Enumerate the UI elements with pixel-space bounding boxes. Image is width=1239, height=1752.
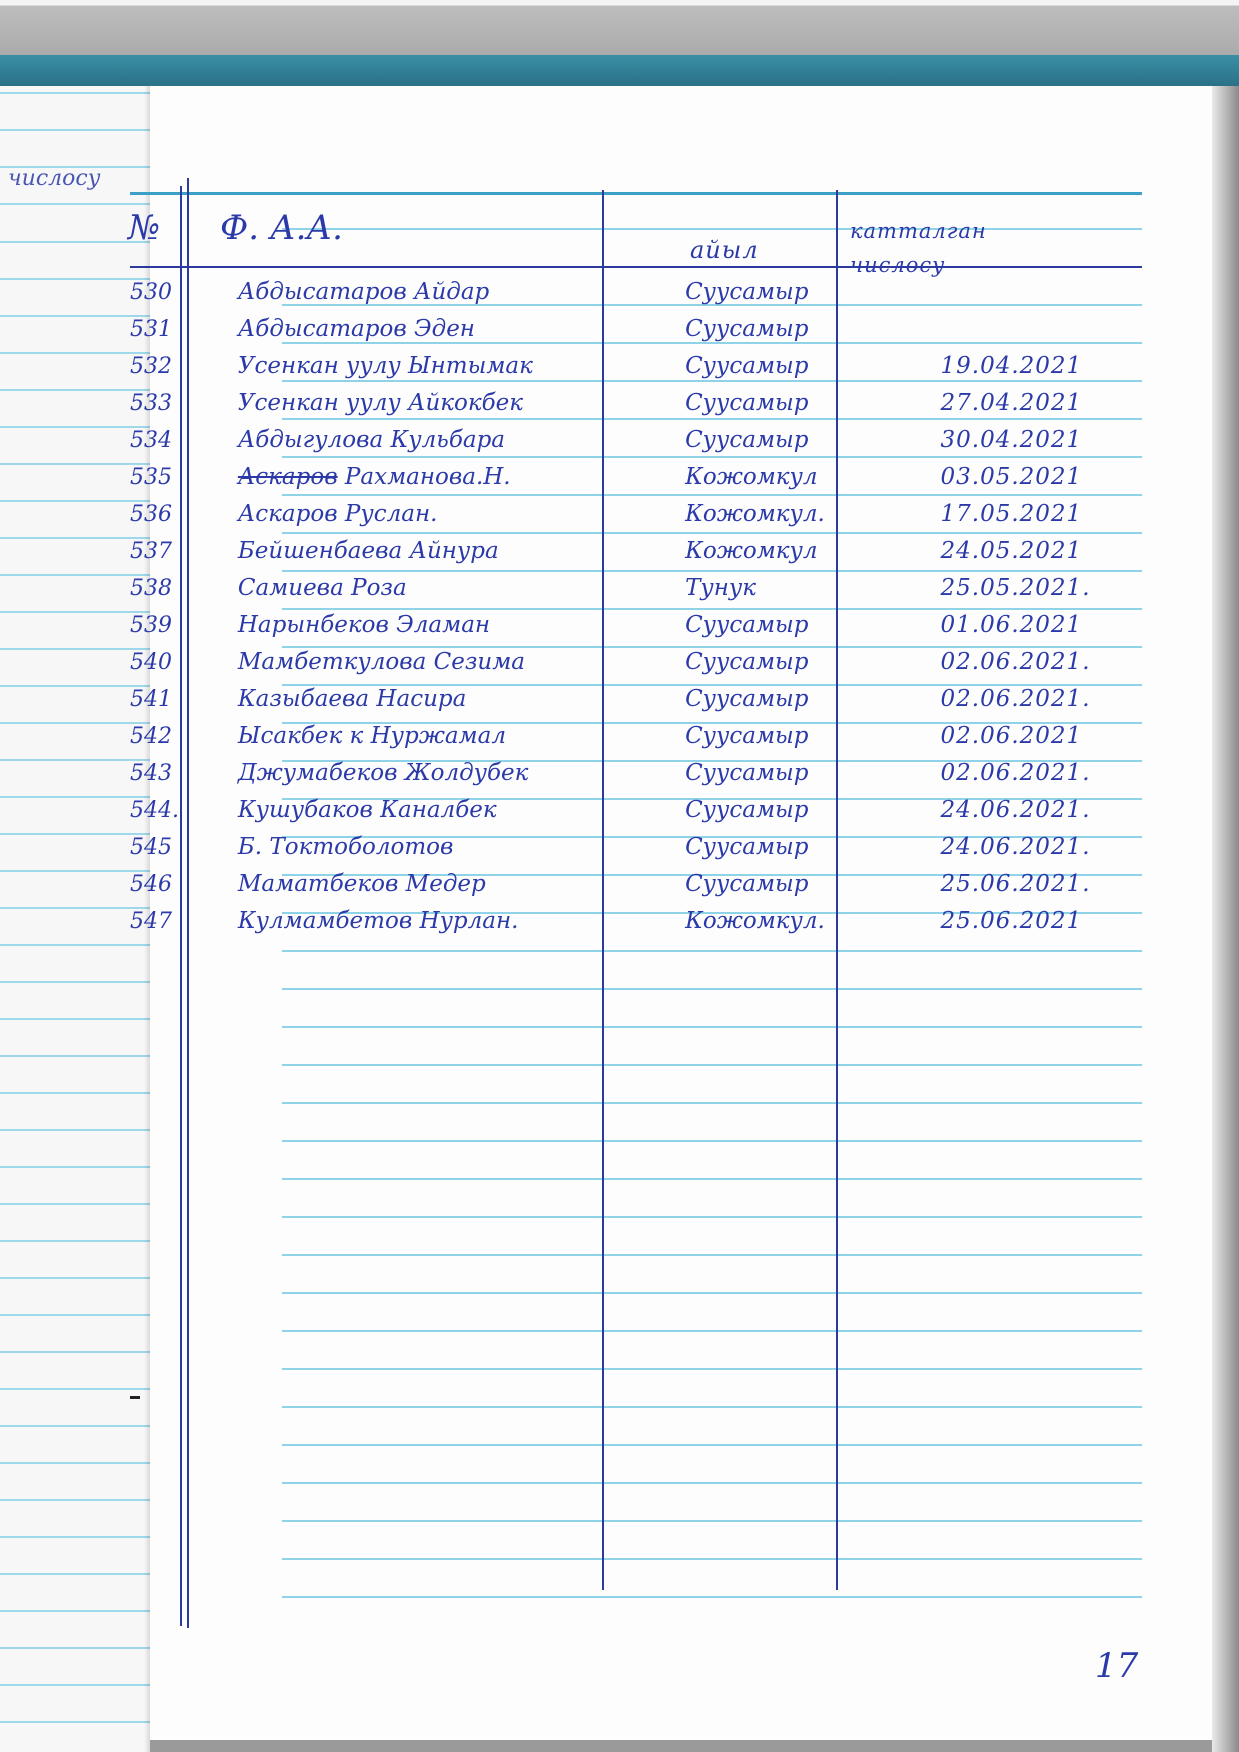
table-row: 541Казыбаева НасираСуусамыр02.06.2021. bbox=[128, 675, 1190, 712]
row-date: 25.06.2021. bbox=[935, 860, 1191, 897]
register-table: 530Абдысатаров АйдарСуусамыр531Абдысатар… bbox=[128, 268, 1190, 934]
row-village: Суусамыр bbox=[685, 601, 934, 638]
left-page-header-text: числосу bbox=[8, 166, 101, 191]
row-number: 531 bbox=[128, 305, 202, 342]
row-full-name: Джумабеков Жолдубек bbox=[202, 749, 685, 786]
row-date: 30.04.2021 bbox=[935, 416, 1191, 453]
row-village: Суусамыр bbox=[685, 712, 934, 749]
row-date: 02.06.2021 bbox=[935, 712, 1191, 749]
row-date: 01.06.2021 bbox=[935, 601, 1191, 638]
row-date: 02.06.2021. bbox=[935, 638, 1191, 675]
header-number: № bbox=[128, 208, 160, 248]
table-row: 544.Кушубаков КаналбекСуусамыр24.06.2021… bbox=[128, 786, 1190, 823]
row-number: 542 bbox=[128, 712, 202, 749]
row-village: Суусамыр bbox=[685, 749, 934, 786]
row-number: 541 bbox=[128, 675, 202, 712]
row-full-name: Аскаров Рахманова.Н. bbox=[202, 453, 685, 490]
row-date: 25.06.2021 bbox=[935, 897, 1191, 934]
row-number: 530 bbox=[128, 268, 202, 305]
row-number: 540 bbox=[128, 638, 202, 675]
row-full-name: Абдыгулова Кульбара bbox=[202, 416, 685, 453]
row-date: 27.04.2021 bbox=[935, 379, 1191, 416]
row-village: Суусамыр bbox=[685, 786, 934, 823]
row-full-name: Усенкан уулу Айкокбек bbox=[202, 379, 685, 416]
row-village: Тунук bbox=[685, 564, 934, 601]
row-date: 24.06.2021. bbox=[935, 786, 1191, 823]
row-village: Суусамыр bbox=[685, 268, 934, 305]
page-edge bbox=[1212, 86, 1239, 1752]
table-row: 532Усенкан уулу ЫнтымакСуусамыр19.04.202… bbox=[128, 342, 1190, 379]
row-number: 532 bbox=[128, 342, 202, 379]
row-full-name: Бейшенбаева Айнура bbox=[202, 527, 685, 564]
row-date: 03.05.2021 bbox=[935, 453, 1191, 490]
row-village: Суусамыр bbox=[685, 823, 934, 860]
row-number: 539 bbox=[128, 601, 202, 638]
scan-background bbox=[0, 0, 1239, 60]
row-number: 546 bbox=[128, 860, 202, 897]
table-row: 538Самиева РозаТунук25.05.2021. bbox=[128, 564, 1190, 601]
row-number: 543 bbox=[128, 749, 202, 786]
table-row: 546Маматбеков МедерСуусамыр25.06.2021. bbox=[128, 860, 1190, 897]
row-number: 547 bbox=[128, 897, 202, 934]
row-date bbox=[935, 305, 1191, 342]
row-number: 538 bbox=[128, 564, 202, 601]
table-row: 543Джумабеков ЖолдубекСуусамыр02.06.2021… bbox=[128, 749, 1190, 786]
row-date: 24.05.2021 bbox=[935, 527, 1191, 564]
row-village: Суусамыр bbox=[685, 305, 934, 342]
row-number: 537 bbox=[128, 527, 202, 564]
row-village: Суусамыр bbox=[685, 860, 934, 897]
row-village: Суусамыр bbox=[685, 416, 934, 453]
row-number: 536 bbox=[128, 490, 202, 527]
row-date: 24.06.2021. bbox=[935, 823, 1191, 860]
row-date: 19.04.2021 bbox=[935, 342, 1191, 379]
table-row: 540Мамбеткулова СезимаСуусамыр02.06.2021… bbox=[128, 638, 1190, 675]
table-row: 537Бейшенбаева АйнураКожомкул24.05.2021 bbox=[128, 527, 1190, 564]
table-row: 533Усенкан уулу АйкокбекСуусамыр27.04.20… bbox=[128, 379, 1190, 416]
table-row: 535Аскаров Рахманова.Н.Кожомкул03.05.202… bbox=[128, 453, 1190, 490]
row-full-name: Аскаров Руслан. bbox=[202, 490, 685, 527]
row-full-name: Нарынбеков Эламан bbox=[202, 601, 685, 638]
row-village: Суусамыр bbox=[685, 342, 934, 379]
row-village: Суусамыр bbox=[685, 675, 934, 712]
table-row: 539Нарынбеков ЭламанСуусамыр01.06.2021 bbox=[128, 601, 1190, 638]
row-village: Кожомкул bbox=[685, 453, 934, 490]
table-row: 536Аскаров Руслан.Кожомкул.17.05.2021 bbox=[128, 490, 1190, 527]
row-full-name: Ысакбек к Нуржамал bbox=[202, 712, 685, 749]
notebook-cover-edge bbox=[0, 55, 1239, 87]
row-number: 533 bbox=[128, 379, 202, 416]
row-number: 544. bbox=[128, 786, 202, 823]
row-number: 534 bbox=[128, 416, 202, 453]
row-date: 17.05.2021 bbox=[935, 490, 1191, 527]
row-full-name: Усенкан уулу Ынтымак bbox=[202, 342, 685, 379]
header-village: айыл bbox=[690, 236, 759, 264]
row-village: Кожомкул. bbox=[685, 490, 934, 527]
page-number: 17 bbox=[1095, 1646, 1138, 1686]
row-date: 02.06.2021. bbox=[935, 675, 1191, 712]
row-number: 545 bbox=[128, 823, 202, 860]
row-full-name: Самиева Роза bbox=[202, 564, 685, 601]
register-page: № Ф. А.А. айыл катталган числосу 530Абды… bbox=[150, 86, 1212, 1740]
row-village: Суусамыр bbox=[685, 379, 934, 416]
table-row: 531Абдысатаров ЭденСуусамыр bbox=[128, 305, 1190, 342]
row-full-name: Казыбаева Насира bbox=[202, 675, 685, 712]
row-village: Кожомкул. bbox=[685, 897, 934, 934]
row-village: Суусамыр bbox=[685, 638, 934, 675]
table-row: 542Ысакбек к НуржамалСуусамыр02.06.2021 bbox=[128, 712, 1190, 749]
row-full-name: Кулмамбетов Нурлан. bbox=[202, 897, 685, 934]
row-full-name: Абдысатаров Айдар bbox=[202, 268, 685, 305]
table-row: 547Кулмамбетов Нурлан.Кожомкул.25.06.202… bbox=[128, 897, 1190, 934]
top-rule bbox=[130, 192, 1142, 195]
header-full-name: Ф. А.А. bbox=[220, 208, 343, 248]
row-date: 25.05.2021. bbox=[935, 564, 1191, 601]
row-number: 535 bbox=[128, 453, 202, 490]
row-full-name: Абдысатаров Эден bbox=[202, 305, 685, 342]
row-full-name: Кушубаков Каналбек bbox=[202, 786, 685, 823]
row-date bbox=[935, 268, 1191, 305]
table-row: 545Б. ТоктоболотовСуусамыр24.06.2021. bbox=[128, 823, 1190, 860]
table-row: 534Абдыгулова КульбараСуусамыр30.04.2021 bbox=[128, 416, 1190, 453]
table-row: 530Абдысатаров АйдарСуусамыр bbox=[128, 268, 1190, 305]
row-date: 02.06.2021. bbox=[935, 749, 1191, 786]
row-village: Кожомкул bbox=[685, 527, 934, 564]
row-full-name: Маматбеков Медер bbox=[202, 860, 685, 897]
margin-mark bbox=[130, 1396, 140, 1399]
row-full-name: Б. Токтоболотов bbox=[202, 823, 685, 860]
row-full-name: Мамбеткулова Сезима bbox=[202, 638, 685, 675]
